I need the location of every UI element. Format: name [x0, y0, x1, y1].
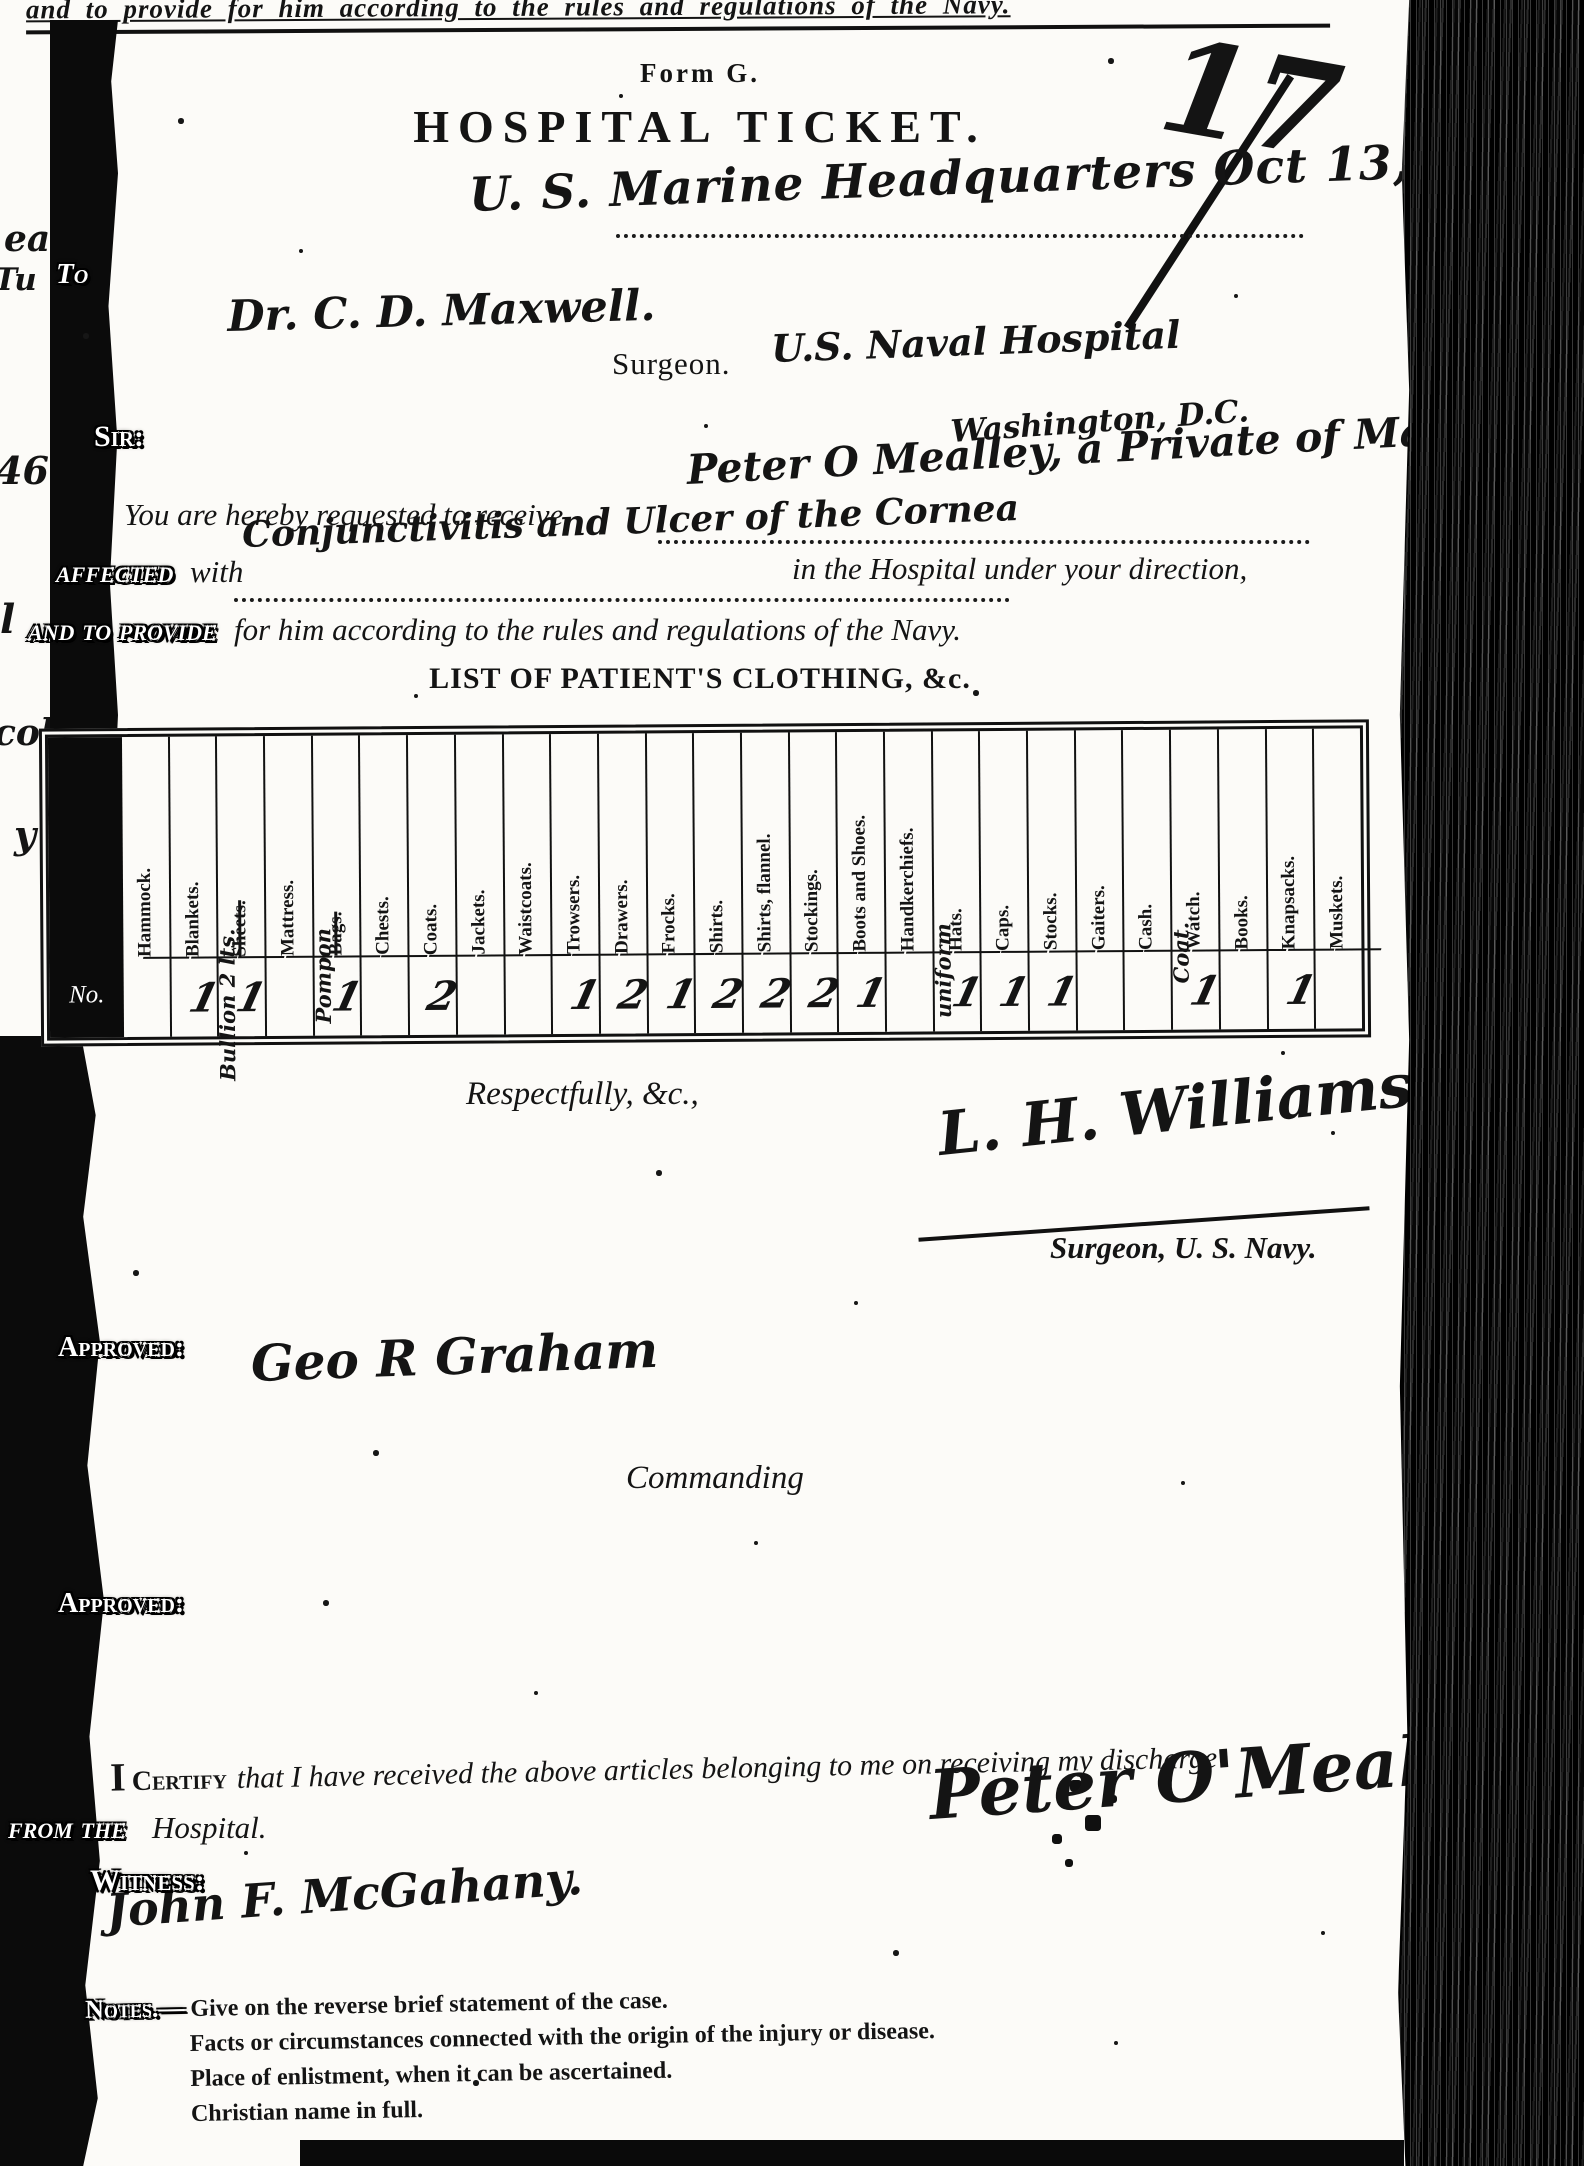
column-header: Shirts, flannel.: [742, 732, 789, 952]
clothing-column: Hammock.: [122, 737, 170, 1037]
column-label: Chests.: [372, 897, 396, 956]
column-label: Jackets.: [468, 890, 492, 955]
column-label: Caps.: [992, 905, 1016, 951]
column-label: Handkerchiefs.: [896, 828, 921, 952]
fill-in-rule: [658, 540, 1310, 544]
clothing-column: Shirts. 2: [692, 733, 742, 1033]
dateline-rule: [616, 234, 1304, 238]
column-annotation-handwritten: uniform: [930, 923, 956, 1018]
column-header: Boots and Shoes.: [837, 732, 884, 952]
clothing-column: Shirts, flannel. 2: [740, 732, 790, 1032]
with-word: with: [190, 554, 243, 590]
approved-label-2: Approved:: [58, 1588, 184, 1620]
to-label: To: [56, 258, 88, 291]
dateline-place: U. S. Marine Headquarters: [468, 143, 1197, 223]
clothing-column: Coats. 2: [406, 735, 456, 1035]
column-header: Stockings.: [790, 732, 837, 952]
column-label: Mattress.: [277, 880, 302, 956]
column-label: Cash.: [1135, 904, 1159, 950]
clothing-column: Cash.: [1121, 730, 1171, 1030]
column-header: Knapsacks.: [1266, 729, 1313, 949]
table-row-label: No.: [48, 737, 124, 1038]
column-label: Stockings.: [801, 869, 826, 952]
column-label: Books.: [1231, 895, 1255, 950]
column-label: Knapsacks.: [1278, 855, 1303, 949]
column-label: Muskets.: [1326, 875, 1351, 949]
column-label: Waistcoats.: [515, 862, 540, 955]
column-label: Gaiters.: [1088, 885, 1112, 950]
column-header: Muskets.: [1314, 728, 1361, 948]
column-header: Gaiters.: [1076, 730, 1123, 950]
column-header: Mattress.: [265, 736, 312, 956]
column-header: Waistcoats.: [503, 734, 550, 954]
witness-label: Witness:: [90, 1864, 205, 1898]
certify-i: I: [110, 1754, 127, 1799]
clothing-column: Hats.uniform 1: [931, 731, 981, 1031]
column-header: Cash.: [1123, 730, 1170, 950]
column-annotation-handwritten: Pompon: [310, 928, 336, 1024]
clothing-column: Bags.Pompon 1: [311, 735, 361, 1035]
fill-in-rule: [234, 598, 1010, 602]
clothing-column: Sheets.Bullion 2 lts. 1: [215, 736, 265, 1036]
column-header: Handkerchiefs.: [885, 731, 932, 951]
clothing-column: Watch.Coat. 1: [1169, 729, 1219, 1029]
column-header: Trowsers.: [551, 734, 598, 954]
affected-word: affected: [56, 554, 173, 590]
margin-fragment: y: [14, 812, 36, 857]
clothing-column: Handkerchiefs.: [883, 731, 933, 1031]
surgeon-title-printed: Surgeon, U. S. Navy.: [1050, 1230, 1317, 1266]
column-label: Coats.: [420, 904, 444, 955]
column-header: Sheets.Bullion 2 lts.: [217, 736, 264, 956]
clothing-column: Drawers. 2: [597, 733, 647, 1033]
column-header: Drawers.: [599, 733, 646, 953]
column-label: Shirts, flannel.: [753, 834, 778, 953]
column-header: Books.: [1219, 729, 1266, 949]
column-header: Caps.: [980, 731, 1027, 951]
clothing-column: Boots and Shoes. 1: [835, 732, 885, 1032]
column-header: Coats.: [408, 735, 455, 955]
hospital-handwritten: U.S. Naval Hospital: [770, 312, 1181, 371]
direction-printed-text: in the Hospital under your direction,: [792, 551, 1247, 587]
column-header: Stocks.: [1028, 730, 1075, 950]
column-label: Hammock.: [134, 868, 159, 957]
clothing-column: Stocks. 1: [1026, 730, 1076, 1030]
column-label: Drawers.: [611, 879, 636, 954]
column-header: Blankets.: [170, 736, 217, 956]
clothing-column: Mattress.: [263, 736, 313, 1036]
certify-word: Certify: [131, 1764, 227, 1797]
margin-fragment: l: [0, 596, 15, 643]
addressee-handwritten: Dr. C. D. Maxwell.: [227, 281, 656, 342]
commanding-label: Commanding: [626, 1460, 804, 1497]
clothing-column: Muskets.: [1312, 728, 1362, 1028]
clothing-column: Stockings. 2: [788, 732, 838, 1032]
clothing-column: Jackets.: [454, 734, 504, 1034]
column-label: Frocks.: [658, 893, 682, 954]
sir-label: Sir:: [94, 420, 144, 454]
column-header: Chests.: [360, 735, 407, 955]
column-header: Frocks.: [647, 733, 694, 953]
clothing-column: Frocks. 1: [645, 733, 695, 1033]
clothing-column: Caps. 1: [978, 731, 1028, 1031]
certify-line2-a: from the: [8, 1810, 126, 1846]
column-label: Stocks.: [1040, 893, 1064, 951]
notes-block: Notes.— Give on the reverse brief statem…: [85, 1978, 987, 2134]
column-label: Blankets.: [182, 881, 207, 957]
column-annotation-handwritten: Bullion 2 lts.: [215, 928, 241, 1080]
column-annotation-handwritten: Coat.: [1168, 922, 1193, 984]
column-header: Jackets.: [456, 734, 503, 954]
respectfully-text: Respectfully, &c.,: [466, 1076, 699, 1113]
clothing-table: No. Hammock. Blankets. 1 Sheets.Bullion …: [39, 719, 1371, 1046]
previous-page-fragment: and to provide for him according to the …: [26, 0, 1330, 34]
bottom-scan-edge: [300, 2140, 1404, 2166]
clothing-column: Chests.: [358, 735, 408, 1035]
provide-printed-text-a: and to provide: [28, 612, 217, 648]
surgeon-signature: L. H. Williams: [935, 1051, 1416, 1170]
column-quantity-handwritten: [1316, 948, 1381, 1028]
approved-label-1: Approved:: [58, 1332, 184, 1364]
column-header: Hats.uniform: [933, 731, 980, 951]
provide-printed-text-b: for him according to the rules and regul…: [234, 612, 961, 648]
clothing-column: Books.: [1217, 729, 1267, 1029]
notes-label: Notes.—: [85, 1993, 185, 2025]
column-header: Bags.Pompon: [313, 735, 360, 955]
clothing-columns: Hammock. Blankets. 1 Sheets.Bullion 2 lt…: [122, 728, 1362, 1037]
clothing-list-heading: LIST OF PATIENT'S CLOTHING, &c.: [0, 662, 1400, 696]
column-header: Hammock.: [122, 737, 169, 957]
column-label: Trowsers.: [563, 875, 588, 954]
commanding-officer-signature: Geo R Graham: [250, 1320, 659, 1393]
column-header: Watch.Coat.: [1171, 729, 1218, 949]
surgeon-role-printed: Surgeon.: [612, 346, 731, 382]
margin-fragment: Tu .: [0, 262, 58, 298]
clothing-column: Trowsers. 1: [549, 734, 599, 1034]
clothing-column: Gaiters.: [1074, 730, 1124, 1030]
column-label: Boots and Shoes.: [849, 815, 874, 952]
clothing-column: Knapsacks. 1: [1264, 729, 1314, 1029]
clothing-column: Waistcoats.: [501, 734, 551, 1034]
clothing-column: Blankets. 1: [168, 736, 218, 1036]
column-label: Shirts.: [706, 899, 730, 952]
column-header: Shirts.: [694, 733, 741, 953]
certify-line2-b: Hospital.: [152, 1810, 267, 1846]
right-book-binding: [1398, 0, 1584, 2166]
